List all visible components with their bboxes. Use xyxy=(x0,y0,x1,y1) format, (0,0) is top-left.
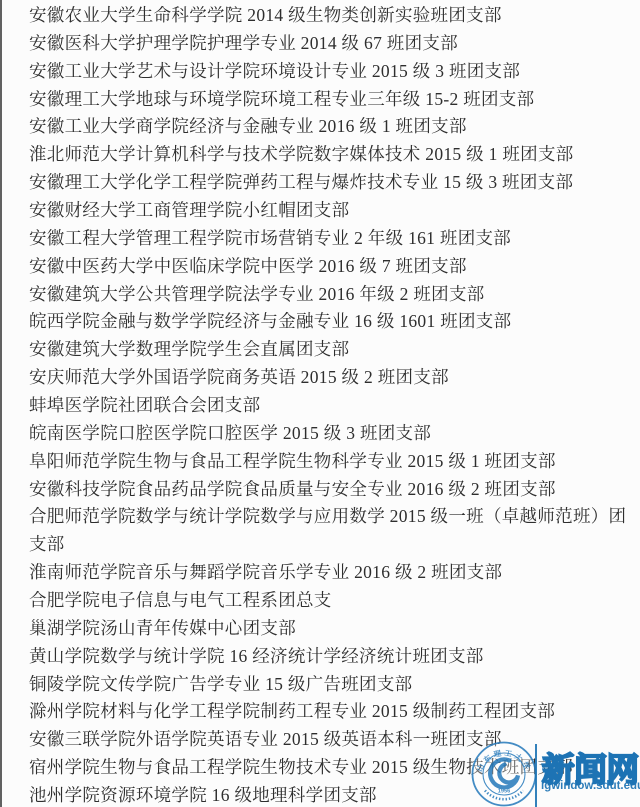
document-line: 安徽建筑大学公共管理学院法学专业 2016 年级 2 班团支部 xyxy=(29,281,640,309)
document-line: 阜阳师范学院生物与食品工程学院生物科学专业 2015 级 1 班团支部 xyxy=(29,448,640,476)
document-line: 安徽三联学院外语学院英语专业 2015 级英语本科一班团支部 xyxy=(29,726,640,754)
document-line: 皖南医学院口腔医学院口腔医学 2015 级 3 班团支部 xyxy=(29,420,640,448)
scan-edge-artifact xyxy=(0,0,2,807)
document-line: 合肥学院电子信息与电气工程系团总支 xyxy=(29,587,640,615)
document-line: 安徽理工大学化学工程学院弹药工程与爆炸技术专业 15 级 3 班团支部 xyxy=(29,169,640,197)
document-line: 合肥师范学院数学与统计学院数学与应用数学 2015 级一班（卓越师范班）团 xyxy=(29,503,640,531)
document-line: 铜陵学院文传学院广告学专业 15 级广告班团支部 xyxy=(29,671,640,699)
document-line: 安徽理工大学地球与环境学院环境工程专业三年级 15-2 班团支部 xyxy=(29,86,640,114)
document-line: 安徽科技学院食品药品学院食品质量与安全专业 2016 级 2 班团支部 xyxy=(29,476,640,504)
document-line: 蚌埠医学院社团联合会团支部 xyxy=(29,392,640,420)
document-line: 安徽工程大学管理工程学院市场营销专业 2 年级 161 班团支部 xyxy=(29,225,640,253)
document-line: 滁州学院材料与化学工程学院制药工程专业 2015 级制药工程团支部 xyxy=(29,698,640,726)
document-line: 安徽医科大学护理学院护理学专业 2014 级 67 班团支部 xyxy=(29,30,640,58)
document-line: 安徽工业大学商学院经济与金融专业 2016 级 1 班团支部 xyxy=(29,113,640,141)
document-line: 安徽农业大学生命科学学院 2014 级生物类创新实验班团支部 xyxy=(29,2,640,30)
document-page: 安徽农业大学生命科学学院 2014 级生物类创新实验班团支部安徽医科大学护理学院… xyxy=(0,0,640,807)
document-line: 皖西学院金融与数学学院经济与金融专业 16 级 1601 班团支部 xyxy=(29,308,640,336)
document-line: 淮南师范学院音乐与舞蹈学院音乐学专业 2016 级 2 班团支部 xyxy=(29,559,640,587)
document-line: 黄山学院数学与统计学院 16 经济统计学经济统计班团支部 xyxy=(29,643,640,671)
document-line: 安庆师范大学外国语学院商务英语 2015 级 2 班团支部 xyxy=(29,364,640,392)
document-line: 宿州学院生物与食品工程学院生物技术专业 2015 级生物技术班团支部 xyxy=(29,754,640,782)
branch-list: 安徽农业大学生命科学学院 2014 级生物类创新实验班团支部安徽医科大学护理学院… xyxy=(29,2,640,807)
document-line: 支部 xyxy=(29,531,640,559)
document-line: 安徽财经大学工商管理学院小红帽团支部 xyxy=(29,197,640,225)
document-line: 安徽建筑大学数理学院学生会直属团支部 xyxy=(29,336,640,364)
document-line: 安徽中医药大学中医临床学院中医学 2016 级 7 班团支部 xyxy=(29,253,640,281)
document-line: 淮北师范大学计算机科学与技术学院数字媒体技术 2015 级 1 班团支部 xyxy=(29,141,640,169)
document-line: 安徽工业大学艺术与设计学院环境设计专业 2015 级 3 班团支部 xyxy=(29,58,640,86)
document-line: 巢湖学院汤山青年传媒中心团支部 xyxy=(29,615,640,643)
document-line: 池州学院资源环境学院 16 级地理科学团支部 xyxy=(29,782,640,807)
